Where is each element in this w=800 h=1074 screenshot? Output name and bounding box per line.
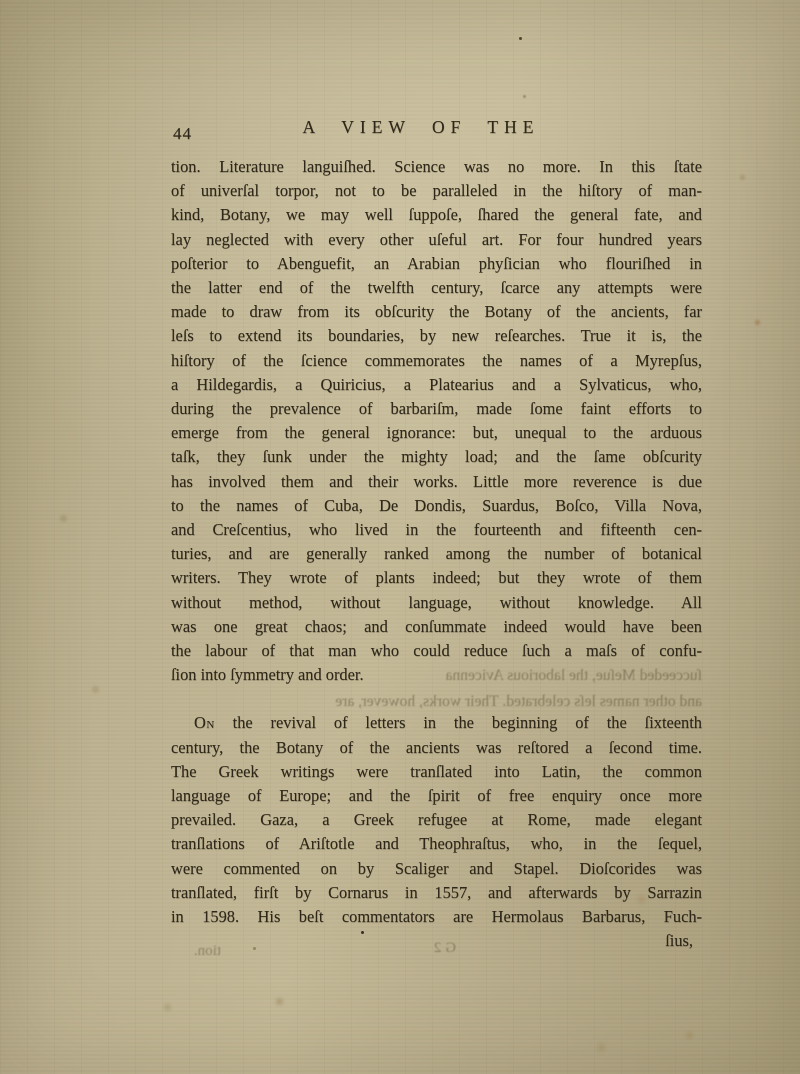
text-line: made to draw from its obſcurity the Bota…: [171, 300, 702, 324]
text-line: ſion into ſymmetry and order.: [171, 663, 702, 687]
running-title: A VIEW OF THE: [171, 117, 671, 138]
text-line: was one great chaos; and conſummate inde…: [171, 615, 702, 639]
text-line: during the prevalence of barbariſm, made…: [171, 397, 702, 421]
text-line: without method, without language, withou…: [171, 591, 702, 615]
paragraph-2-continued: century, the Botany of the ancients was …: [171, 736, 702, 930]
paragraph-1: tion. Literature languiſhed. Science was…: [171, 155, 702, 687]
text-line: were commented on by Scaliger and Stapel…: [171, 857, 702, 881]
book-page: 44 A VIEW OF THE ſucceeded Meſue, the la…: [0, 0, 800, 1074]
text-line: taſk, they ſunk under the mighty load; a…: [171, 445, 702, 469]
text-line: prevailed. Gaza, a Greek refugee at Rome…: [171, 808, 702, 832]
text-line: and Creſcentius, who lived in the fourte…: [171, 518, 702, 542]
text-block: tion. Literature languiſhed. Science was…: [171, 155, 702, 954]
text-line: tranſlations of Ariſtotle and Theophraſt…: [171, 832, 702, 856]
text-line-rest: the revival of letters in the beginning …: [215, 713, 702, 732]
text-line: the latter end of the twelfth century, ſ…: [171, 276, 702, 300]
text-line: hiſtory of the ſcience commemorates the …: [171, 349, 702, 373]
paragraph-2: On the revival of letters in the beginni…: [171, 711, 702, 929]
catchword-row: ſius,: [171, 929, 702, 953]
text-line: writers. They wrote of plants indeed; bu…: [171, 566, 702, 590]
text-line: of univerſal torpor, not to be parallele…: [171, 179, 702, 203]
text-line: tion. Literature languiſhed. Science was…: [171, 155, 702, 179]
lead-word-smallcaps: On: [194, 713, 215, 732]
text-line: poſterior to Abenguefit, an Arabian phyſ…: [171, 252, 702, 276]
text-line: turies, and are generally ranked among t…: [171, 542, 702, 566]
text-line: leſs to extend its boundaries, by new re…: [171, 324, 702, 348]
text-line: language of Europe; and the ſpirit of fr…: [171, 784, 702, 808]
text-line: a Hildegardis, a Quiricius, a Platearius…: [171, 373, 702, 397]
foxing-spots: [0, 0, 3, 3]
text-line: century, the Botany of the ancients was …: [171, 736, 702, 760]
catchword: ſius,: [665, 931, 693, 950]
text-line: The Greek writings were tranſlated into …: [171, 760, 702, 784]
text-line: On the revival of letters in the beginni…: [171, 711, 702, 735]
text-line: has involved them and their works. Littl…: [171, 470, 702, 494]
text-line: to the names of Cuba, De Dondis, Suardus…: [171, 494, 702, 518]
text-line: the labour of that man who could reduce …: [171, 639, 702, 663]
text-line: emerge from the general ignorance: but, …: [171, 421, 702, 445]
text-line: lay neglected with every other uſeful ar…: [171, 228, 702, 252]
text-line: tranſlated, firſt by Cornarus in 1557, a…: [171, 881, 702, 905]
text-line: in 1598. His beſt commentators are Hermo…: [171, 905, 702, 929]
text-line: kind, Botany, we may well ſuppoſe, ſhare…: [171, 203, 702, 227]
